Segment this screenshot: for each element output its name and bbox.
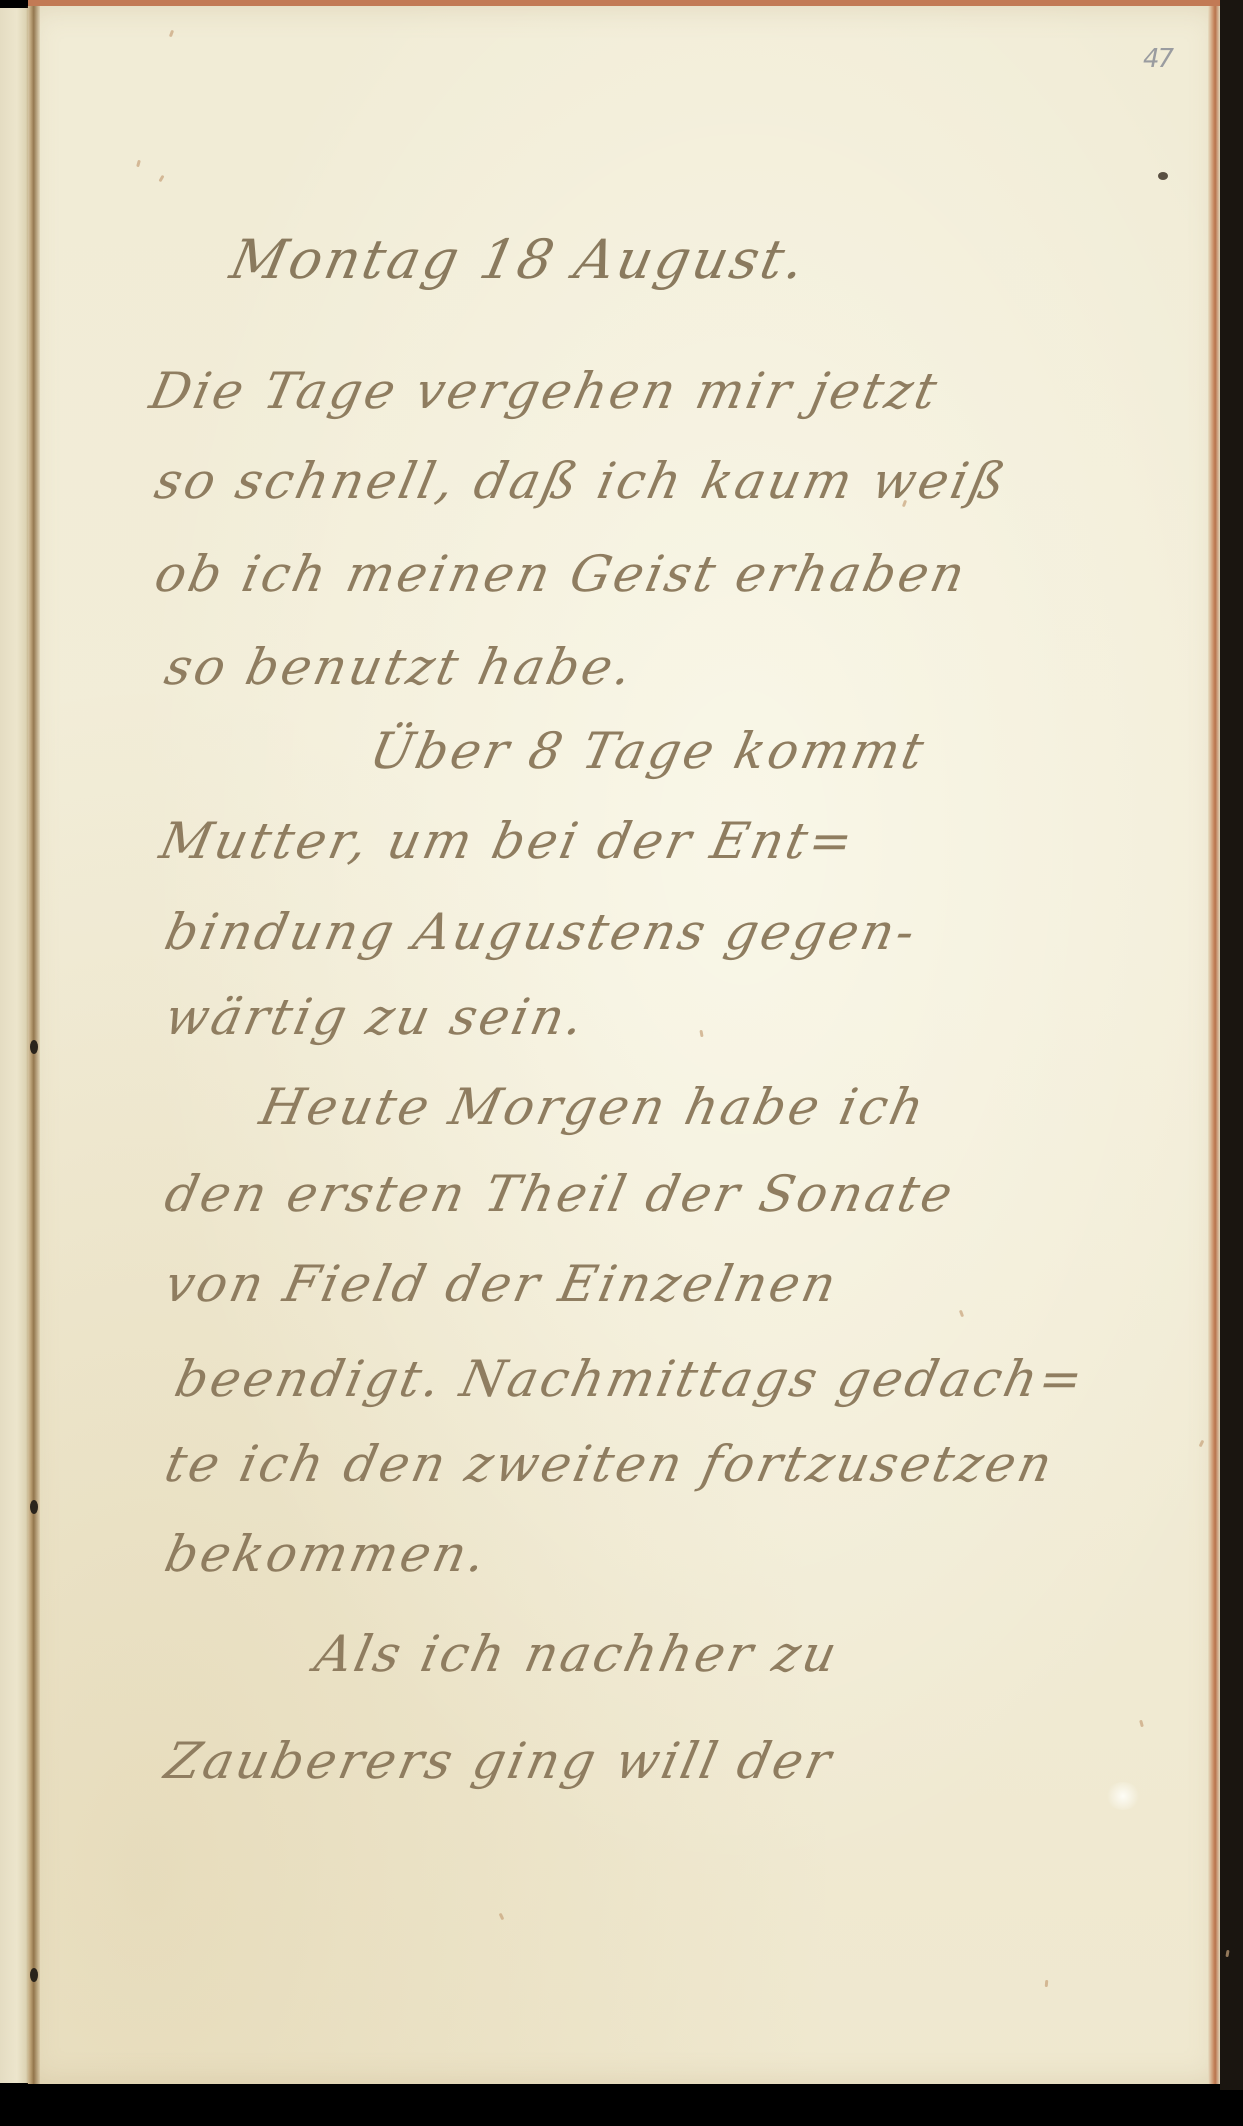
entry-date-heading: Montag 18 August.: [225, 228, 813, 291]
scan-border-right: [1220, 0, 1243, 2090]
entry-line: Zauberers ging will der: [160, 1732, 839, 1790]
stitch-hole: [30, 1500, 38, 1514]
folio-number: 47: [1143, 44, 1172, 74]
entry-line: te ich den zweiten fortzusetzen: [160, 1435, 1060, 1493]
entry-line: Über 8 Tage kommt: [365, 722, 932, 780]
page-right-edge: [1208, 6, 1220, 2084]
entry-line: so schnell, daß ich kaum weiß: [150, 452, 1013, 510]
ink-blot: [1158, 172, 1168, 180]
facing-page-edge: [0, 8, 28, 2083]
entry-line: beendigt. Nachmittags gedach=: [170, 1350, 1091, 1408]
entry-line: den ersten Theil der Sonate: [160, 1165, 960, 1223]
entry-line: bekommen.: [160, 1525, 494, 1583]
entry-line: wärtig zu sein.: [160, 988, 592, 1046]
entry-line: von Field der Einzelnen: [160, 1255, 844, 1313]
entry-line: Heute Morgen habe ich: [255, 1078, 932, 1136]
stitch-hole: [30, 1040, 38, 1054]
entry-line: ob ich meinen Geist erhaben: [150, 545, 973, 603]
entry-line: Als ich nachher zu: [310, 1625, 844, 1683]
entry-line: bindung Augustens gegen-: [160, 903, 923, 961]
entry-line: so benutzt habe.: [160, 638, 640, 696]
paper-worn-spot: [1105, 1782, 1141, 1810]
entry-line: Die Tage vergehen mir jetzt: [145, 362, 945, 420]
entry-line: Mutter, um bei der Ent=: [155, 812, 861, 870]
stitch-hole: [30, 1968, 38, 1982]
